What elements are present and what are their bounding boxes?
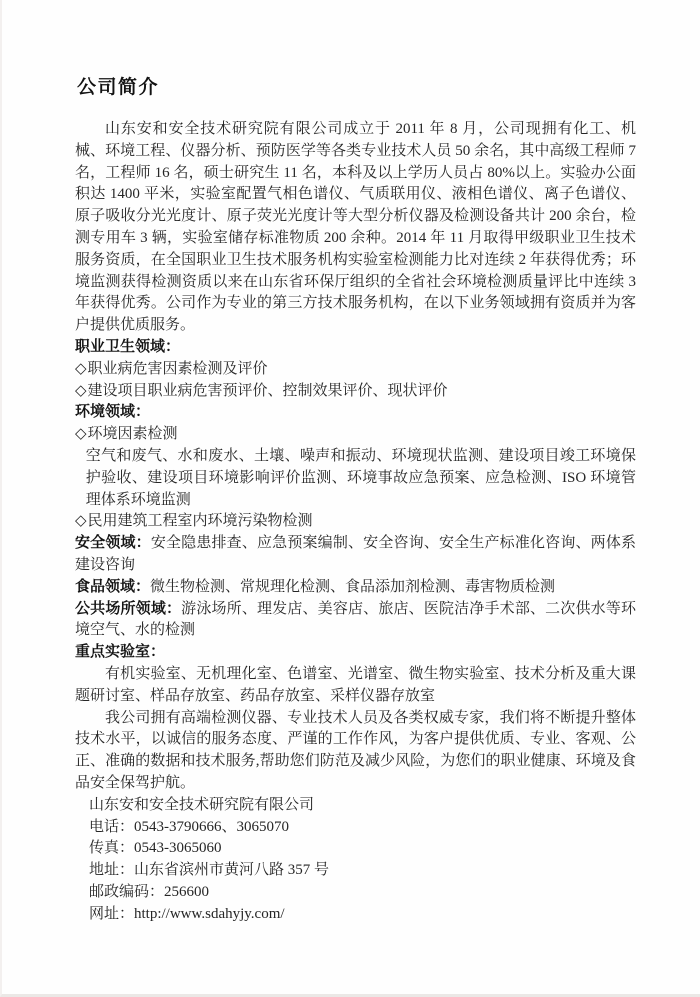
section-heading: 环境领域：	[75, 402, 636, 424]
section-row: 公共场所领域：游泳场所、理发店、美容店、旅店、医院洁净手术部、二次供水等环境空气…	[75, 599, 636, 643]
section-heading: 重点实验室：	[75, 642, 636, 664]
section-text: 微生物检测、常规理化检测、食品添加剂检测、毒害物质检测	[150, 579, 555, 595]
diamond-bullet-icon: ◇	[75, 511, 87, 533]
diamond-bullet-icon: ◇	[75, 424, 87, 446]
list-item-text: 职业病危害因素检测及评价	[88, 361, 268, 377]
contact-line: 网址：http://www.sdahyjy.com/	[89, 904, 636, 926]
contact-block: 山东安和安全技术研究院有限公司电话：0543-3790666、3065070传真…	[89, 795, 636, 926]
paragraph: 有机实验室、无机理化室、色谱室、光谱室、微生物实验室、技术分析及重大课题研讨室、…	[75, 664, 636, 708]
business-sections: 职业卫生领域：◇职业病危害因素检测及评价◇建设项目职业病危害预评价、控制效果评价…	[75, 337, 636, 795]
list-item-text: 民用建筑工程室内环境污染物检测	[88, 513, 313, 529]
page-title: 公司简介	[77, 76, 636, 100]
list-item: ◇环境因素检测	[75, 424, 636, 446]
list-item-text: 建设项目职业病危害预评价、控制效果评价、现状评价	[88, 383, 448, 399]
list-item: ◇职业病危害因素检测及评价	[75, 359, 636, 381]
contact-line: 邮政编码：256600	[89, 882, 636, 904]
section-row: 安全领域：安全隐患排查、应急预案编制、安全咨询、安全生产标准化咨询、两体系建设咨…	[75, 533, 636, 577]
contact-line: 地址：山东省滨州市黄河八路 357 号	[89, 860, 636, 882]
list-item: ◇民用建筑工程室内环境污染物检测	[75, 511, 636, 533]
list-item: ◇建设项目职业病危害预评价、控制效果评价、现状评价	[75, 381, 636, 403]
list-item-text: 环境因素检测	[88, 426, 178, 442]
intro-paragraph: 山东安和安全技术研究院有限公司成立于 2011 年 8 月，公司现拥有化工、机械…	[75, 119, 636, 337]
diamond-bullet-icon: ◇	[75, 359, 87, 381]
document-page: 公司简介 山东安和安全技术研究院有限公司成立于 2011 年 8 月，公司现拥有…	[0, 0, 700, 997]
section-heading: 职业卫生领域：	[75, 337, 636, 359]
contact-company-name: 山东安和安全技术研究院有限公司	[89, 795, 636, 817]
section-label: 食品领域：	[75, 579, 150, 595]
section-label: 安全领域：	[75, 535, 151, 551]
section-row: 食品领域：微生物检测、常规理化检测、食品添加剂检测、毒害物质检测	[75, 577, 636, 599]
contact-line: 电话：0543-3790666、3065070	[89, 817, 636, 839]
section-text: 安全隐患排查、应急预案编制、安全咨询、安全生产标准化咨询、两体系建设咨询	[75, 535, 636, 573]
paragraph: 我公司拥有高端检测仪器、专业技术人员及各类权威专家，我们将不断提升整体技术水平，…	[75, 708, 636, 795]
section-label: 公共场所领域：	[75, 601, 181, 617]
diamond-bullet-icon: ◇	[75, 381, 87, 403]
contact-line: 传真：0543-3065060	[89, 838, 636, 860]
detail-text: 空气和废气、水和废水、土壤、噪声和振动、环境现状监测、建设项目竣工环境保护验收、…	[75, 446, 636, 511]
